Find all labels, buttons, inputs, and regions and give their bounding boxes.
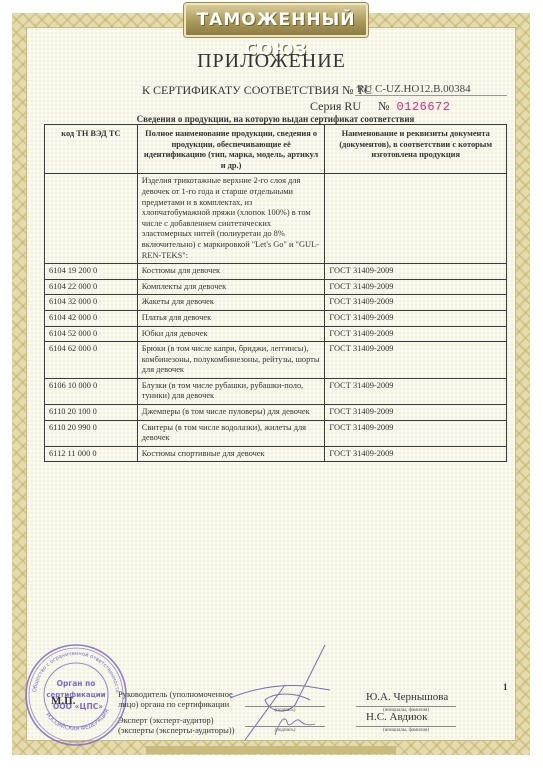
products-table: код ТН ВЭД ТС Полное наименование продук… — [44, 124, 507, 462]
footer-print-strip — [146, 746, 396, 754]
product-code: 6104 32 000 0 — [45, 295, 138, 311]
product-name: Джемперы (в том числе пуловеры) для дево… — [137, 405, 325, 421]
product-name: Блузки (в том числе рубашки, рубашки-пол… — [137, 378, 325, 404]
column-header-document: Наименование и реквизиты документа (доку… — [325, 125, 507, 174]
customs-union-banner: ТАМОЖЕННЫЙ СОЮЗ — [184, 3, 368, 37]
expert-name: Н.С. Авдиюк — [366, 711, 427, 723]
table-row: 6104 62 000 0Брюки (в том числе капри, б… — [45, 342, 507, 379]
column-header-name: Полное наименование продукции, сведения … — [137, 125, 325, 174]
product-code: 6104 52 000 0 — [45, 326, 138, 342]
table-row: 6106 10 000 0Блузки (в том числе рубашки… — [45, 378, 507, 404]
number-sign: № — [378, 99, 389, 113]
standard-document — [325, 174, 507, 264]
product-code: 6104 62 000 0 — [45, 342, 138, 379]
column-header-code: код ТН ВЭД ТС — [45, 125, 138, 174]
product-code: 6104 42 000 0 — [45, 310, 138, 326]
product-code: 6110 20 990 0 — [45, 420, 138, 446]
product-name: Изделия трикотажные верхние 2-го слоя дл… — [137, 174, 325, 264]
product-code: 6110 20 100 0 — [45, 405, 138, 421]
expert-signature-line — [245, 726, 325, 727]
standard-document: ГОСТ 31409-2009 — [325, 310, 507, 326]
standard-document: ГОСТ 31409-2009 — [325, 405, 507, 421]
product-name: Костюмы для девочек — [137, 264, 325, 280]
page-number: 1 — [503, 682, 508, 692]
head-name: Ю.А. Чернышова — [366, 691, 448, 703]
expert-label: Эксперт (эксперт-аудитор) (эксперты (экс… — [118, 715, 243, 735]
product-name: Костюмы спортивные для девочек — [137, 446, 325, 462]
expert-signature-caption: (подпись) — [245, 728, 325, 733]
product-code: 6106 10 000 0 — [45, 378, 138, 404]
head-name-line — [356, 706, 456, 707]
table-row: 6104 19 200 0Костюмы для девочекГОСТ 314… — [45, 264, 507, 280]
table-row: 6104 52 000 0Юбки для девочекГОСТ 31409-… — [45, 326, 507, 342]
product-name: Свитеры (в том числе водолазки), жилеты … — [137, 420, 325, 446]
certification-seal: Общество с ограниченной ответственностью… — [23, 642, 129, 748]
seal-bottom-text: РОССИЙСКАЯ ФЕДЕРАЦИЯ — [44, 708, 111, 732]
head-signature-line — [245, 706, 325, 707]
standard-document: ГОСТ 31409-2009 — [325, 264, 507, 280]
certificate-number: RU C-UZ.НО12.В.00384 — [355, 83, 507, 96]
certificate-label: К СЕРТИФИКАТУ СООТВЕТСТВИЯ № ТС — [142, 83, 372, 98]
product-code — [45, 174, 138, 264]
standard-document: ГОСТ 31409-2009 — [325, 295, 507, 311]
series-label: Серия — [310, 99, 341, 113]
standard-document: ГОСТ 31409-2009 — [325, 446, 507, 462]
table-row: Изделия трикотажные верхние 2-го слоя дл… — [45, 174, 507, 264]
product-name: Брюки (в том числе капри, бриджи, леггин… — [137, 342, 325, 379]
standard-document: ГОСТ 31409-2009 — [325, 420, 507, 446]
table-row: 6104 32 000 0Жакеты для девочекГОСТ 3140… — [45, 295, 507, 311]
serial-number: 0126672 — [397, 100, 451, 114]
standard-document: ГОСТ 31409-2009 — [325, 326, 507, 342]
standard-document: ГОСТ 31409-2009 — [325, 279, 507, 295]
table-row: 6110 20 990 0Свитеры (в том числе водола… — [45, 420, 507, 446]
standard-document: ГОСТ 31409-2009 — [325, 342, 507, 379]
product-name: Платья для девочек — [137, 310, 325, 326]
product-name: Жакеты для девочек — [137, 295, 325, 311]
product-code: 6112 11 000 0 — [45, 446, 138, 462]
expert-name-caption: (инициалы, фамилия) — [356, 728, 456, 733]
table-row: 6110 20 100 0Джемперы (в том числе пулов… — [45, 405, 507, 421]
standard-document: ГОСТ 31409-2009 — [325, 378, 507, 404]
series-value: RU — [344, 99, 361, 113]
expert-name-line — [356, 726, 456, 727]
svg-text:Орган по: Орган по — [57, 679, 96, 688]
product-name: Комплекты для девочек — [137, 279, 325, 295]
series-line: Серия RU № 0126672 — [310, 99, 450, 114]
table-row: 6104 22 000 0Комплекты для девочекГОСТ 3… — [45, 279, 507, 295]
head-of-body-label: Руководитель (уполномоченное лицо) орган… — [118, 689, 243, 709]
product-code: 6104 19 200 0 — [45, 264, 138, 280]
page-title: ПРИЛОЖЕНИЕ — [0, 50, 543, 73]
table-row: 6112 11 000 0Костюмы спортивные для дево… — [45, 446, 507, 462]
head-signature-caption: (подпись) — [245, 708, 325, 713]
stamp-place-label: М.П. — [51, 695, 75, 707]
table-header-row: код ТН ВЭД ТС Полное наименование продук… — [45, 125, 507, 174]
product-name: Юбки для девочек — [137, 326, 325, 342]
table-row: 6104 42 000 0Платья для девочекГОСТ 3140… — [45, 310, 507, 326]
product-code: 6104 22 000 0 — [45, 279, 138, 295]
table-caption: Сведения о продукции, на которую выдан с… — [44, 114, 507, 124]
